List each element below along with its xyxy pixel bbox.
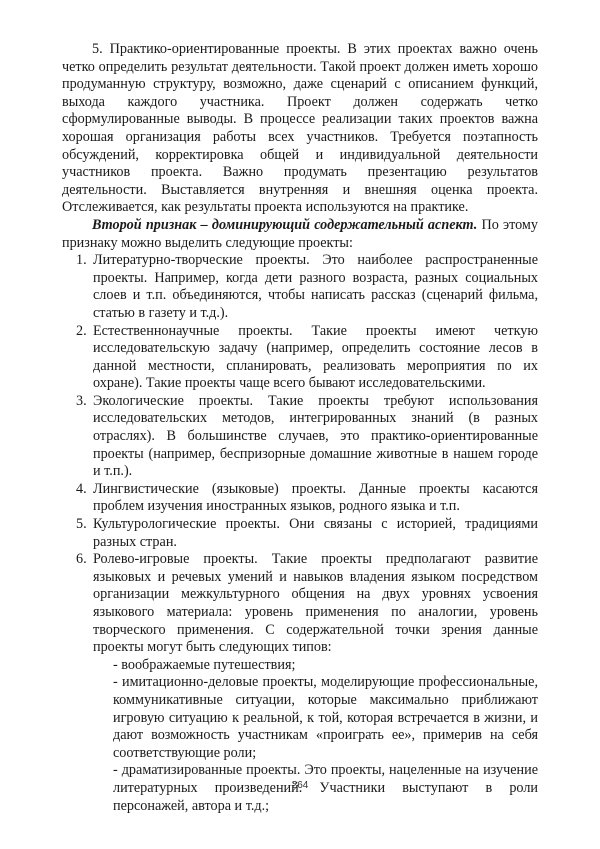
list-item: 2.Естественнонаучные проекты. Такие прое… <box>93 323 538 393</box>
list-item-text: Литературно-творческие проекты. Это наиб… <box>93 252 538 321</box>
list-item-text: Естественнонаучные проекты. Такие проект… <box>93 323 538 392</box>
list-item-text: Лингвистические (языковые) проекты. Данн… <box>93 481 538 515</box>
role-play-subtypes: - воображаемые путешествия; - имитационн… <box>113 657 538 815</box>
list-item: 6.Ролево-игровые проекты. Такие проекты … <box>93 551 538 815</box>
second-sign-heading: Второй признак – доминирующий содержател… <box>92 217 477 233</box>
list-item-text: Экологические проекты. Такие проекты тре… <box>93 393 538 479</box>
list-number: 5. <box>76 516 87 534</box>
list-item: 3.Экологические проекты. Такие проекты т… <box>93 393 538 481</box>
list-item: 1.Литературно-творческие проекты. Это на… <box>93 252 538 322</box>
list-item-text: Культурологические проекты. Они связаны … <box>93 516 538 550</box>
list-number: 2. <box>76 323 87 341</box>
intro-paragraph: 5. Практико-ориентированные проекты. В э… <box>62 41 538 217</box>
subtype-item: - имитационно-деловые проекты, моделирую… <box>113 674 538 762</box>
page-number: 264 <box>0 780 600 791</box>
list-number: 4. <box>76 481 87 499</box>
second-sign-paragraph: Второй признак – доминирующий содержател… <box>62 217 538 252</box>
subtype-item: - воображаемые путешествия; <box>113 657 538 675</box>
list-number: 6. <box>76 551 87 569</box>
list-item: 5.Культурологические проекты. Они связан… <box>93 516 538 551</box>
project-types-list: 1.Литературно-творческие проекты. Это на… <box>62 252 538 815</box>
list-item: 4.Лингвистические (языковые) проекты. Да… <box>93 481 538 516</box>
document-page: 5. Практико-ориентированные проекты. В э… <box>62 41 538 815</box>
list-item-text: Ролево-игровые проекты. Такие проекты пр… <box>93 551 538 655</box>
list-number: 1. <box>76 252 87 270</box>
list-number: 3. <box>76 393 87 411</box>
